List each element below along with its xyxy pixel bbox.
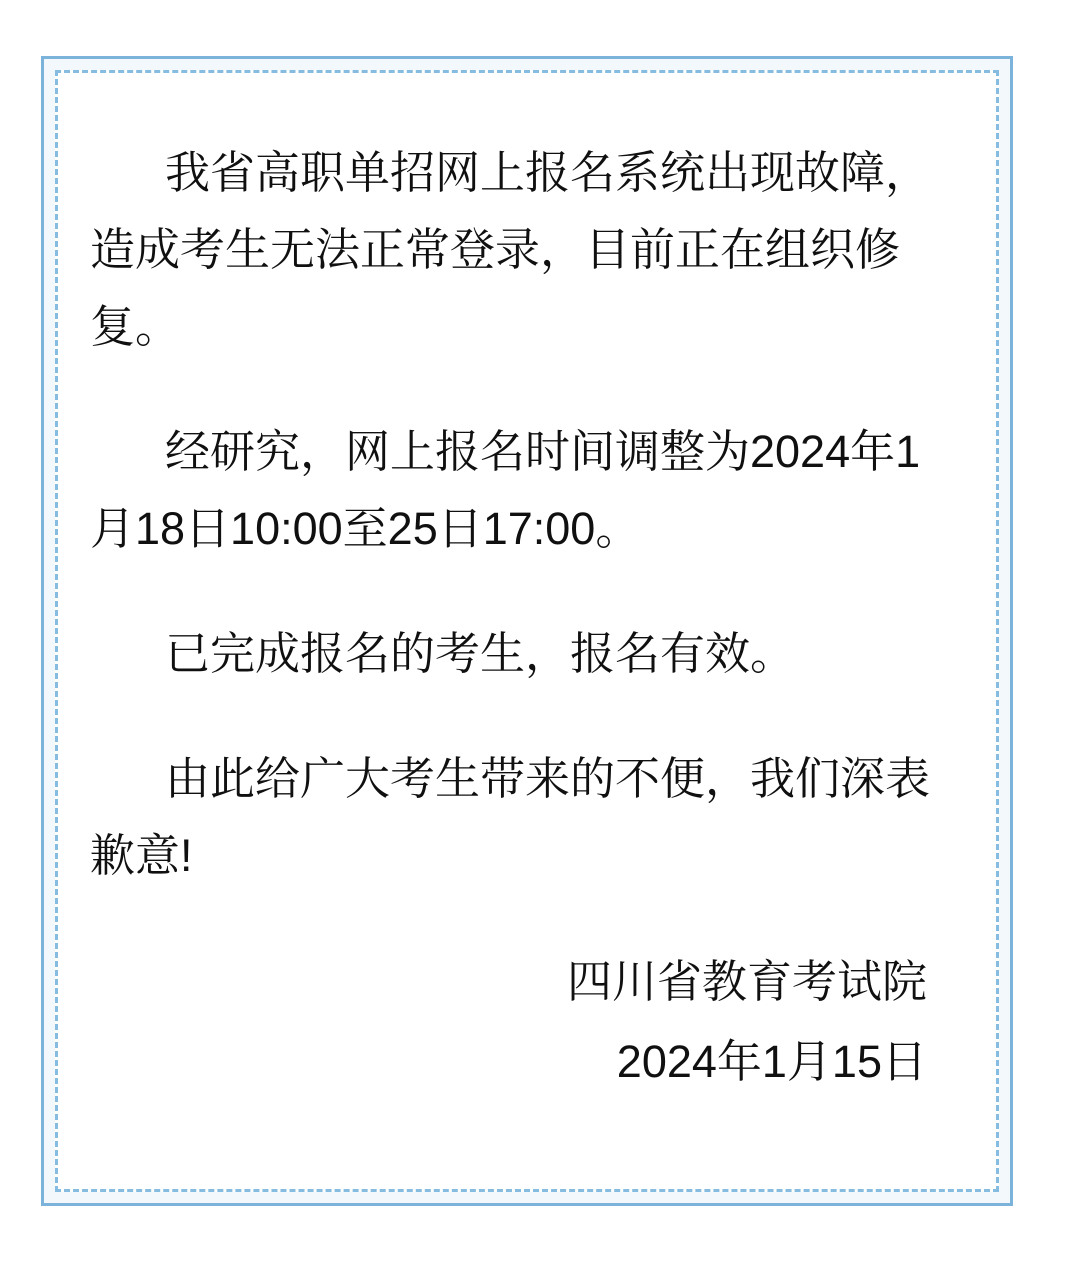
notice-paragraph-valid-registration: 已完成报名的考生，报名有效。 bbox=[90, 615, 978, 692]
notice-paragraph-system-failure: 我省高职单招网上报名系统出现故障， 造成考生无法正常登录，目前正在组织修 复。 bbox=[90, 134, 978, 365]
notice-inner-dashed-border: 我省高职单招网上报名系统出现故障， 造成考生无法正常登录，目前正在组织修 复。 … bbox=[55, 70, 999, 1192]
notice-date: 2024年1月15日 bbox=[90, 1022, 978, 1102]
notice-paragraph-time-adjustment: 经研究，网上报名时间调整为2024年1 月18日10:00至25日17:00。 bbox=[90, 413, 978, 567]
notice-signature: 四川省教育考试院 bbox=[90, 942, 978, 1022]
notice-paragraph-apology: 由此给广大考生带来的不便，我们深表 歉意! bbox=[90, 740, 978, 894]
notice-body: 我省高职单招网上报名系统出现故障， 造成考生无法正常登录，目前正在组织修 复。 … bbox=[58, 73, 996, 1189]
notice-outer-border: 我省高职单招网上报名系统出现故障， 造成考生无法正常登录，目前正在组织修 复。 … bbox=[41, 56, 1013, 1206]
